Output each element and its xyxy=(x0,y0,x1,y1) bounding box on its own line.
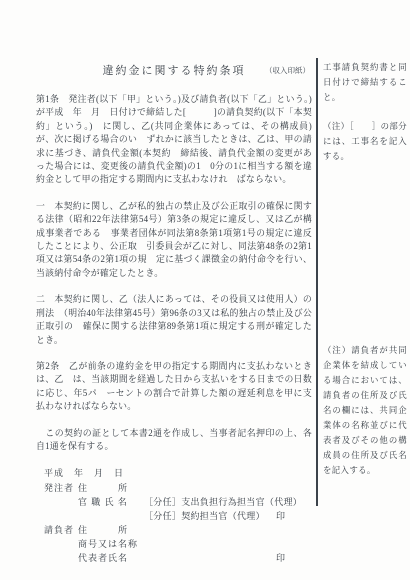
field-label-representative: 代表者氏名 xyxy=(78,551,144,565)
party-label-orderer: 発注者 xyxy=(44,481,78,495)
signature-row-representative: 代表者氏名 印 xyxy=(36,551,312,565)
field-label-address: 住 所 xyxy=(78,523,144,537)
margin-note-joint-venture: （注）請負者が共同企業体を結成している場合においては、請負者の住所及び氏名の欄に… xyxy=(323,343,407,478)
signature-row-company-name: 商号又は名称 xyxy=(36,537,312,551)
margin-divider-rule xyxy=(316,58,318,506)
article-1-paragraph: 第1条 発注者(以下「甲」という。)及び請負者(以下「乙」という。)が平成 年 … xyxy=(36,93,312,187)
signature-row-official-name: 官 職 氏 名 ［分任］支出負担行為担当官（代理） xyxy=(36,495,312,509)
article-2-paragraph: 第2条 乙が前条の違約金を甲の指定する期間内に支払わないときは、乙 は、当該期間… xyxy=(36,360,312,414)
title-row: 違約金に関する特約条項 （収入印紙） xyxy=(36,62,312,77)
main-text-column: 違約金に関する特約条項 （収入印紙） 第1条 発注者(以下「甲」という。)及び請… xyxy=(36,0,312,565)
field-label-company-name: 商号又は名称 xyxy=(78,537,144,551)
margin-note-same-date: 工事請負契約書と同日付けで締結すること。 xyxy=(323,60,407,105)
signature-block: 発注者 住 所 官 職 氏 名 ［分任］支出負担行為担当官（代理） ［分任］契約… xyxy=(36,481,312,565)
field-label-official-title: 官 職 氏 名 xyxy=(78,495,144,509)
closing-clause: この契約の証として本書2通を作成し、当事者記名押印の上、各自1通を保有する。 xyxy=(36,427,312,454)
date-line: 平成 年 月 日 xyxy=(44,466,312,480)
seal-mark-contractor: 印 xyxy=(276,551,312,565)
revenue-stamp-label: （収入印紙） xyxy=(265,65,310,76)
seal-mark-orderer: 印 xyxy=(276,509,312,523)
signature-row-contractor-address: 請負者 住 所 xyxy=(36,523,312,537)
signature-row-orderer-address: 発注者 住 所 xyxy=(36,481,312,495)
official-title-value: ［分任］支出負担行為担当官（代理） xyxy=(144,495,302,509)
article-1-item-1: 一 本契約に関し、乙が私的独占の禁止及び公正取引の確保に関する法律（昭和22年法… xyxy=(36,200,312,280)
contract-document-page: 違約金に関する特約条項 （収入印紙） 第1条 発注者(以下「甲」という。)及び請… xyxy=(0,0,410,580)
signature-row-contract-officer: ［分任］契約担当官（代理） 印 xyxy=(36,509,312,523)
margin-note-bracket-fill: （注）［ ］の部分には、工事名を記入する。 xyxy=(323,119,407,164)
party-label-contractor: 請負者 xyxy=(44,523,78,537)
field-label-address: 住 所 xyxy=(78,481,144,495)
article-1-item-2: 二 本契約に関し、乙（法人にあっては、その役員又は使用人）の刑法 （明治40年法… xyxy=(36,293,312,347)
contract-officer-value: ［分任］契約担当官（代理） xyxy=(144,509,276,523)
